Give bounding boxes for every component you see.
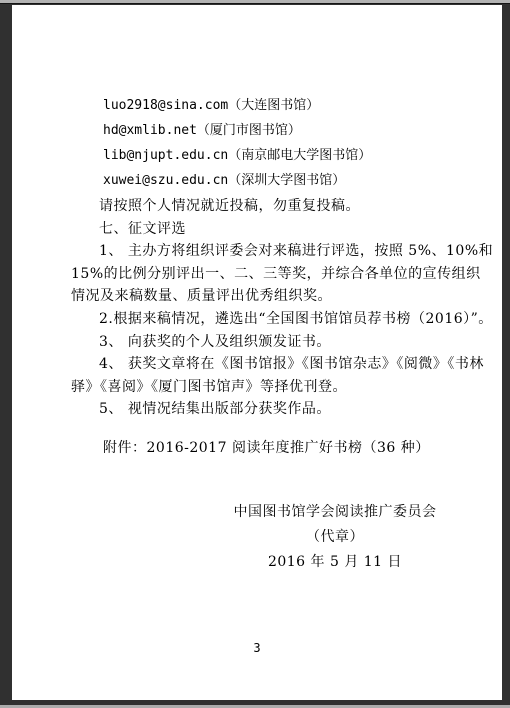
item1-line2: 15%的比例分别评出一、二、三等奖，并综合各单位的宣传组织 [71, 264, 453, 287]
section-heading: 七、征文评选 [71, 219, 453, 242]
contact-email-xiamen: hd@xmlib.net（厦门市图书馆） [71, 121, 453, 146]
contact-email-njupt: lib@njupt.edu.cn（南京邮电大学图书馆） [71, 146, 453, 171]
attachment-line: 附件：2016-2017 阅读年度推广好书榜（36 种） [71, 438, 453, 461]
signature-block: 中国图书馆学会阅读推广委员会 （代章） 2016 年 5 月 11 日 [180, 500, 490, 575]
submission-note: 请按照个人情况就近投稿，勿重复投稿。 [71, 196, 453, 219]
viewer-top-bar [0, 0, 510, 4]
item5-line: 5、 视情况结集出版部分获奖作品。 [71, 399, 453, 422]
item2-line: 2.根据来稿情况，遴选出“全国图书馆馆员荐书榜（2016）”。 [71, 309, 453, 332]
item4-line2: 驿》《喜阅》《厦门图书馆声》等择优刊登。 [71, 377, 453, 400]
contact-email-dalian: luo2918@sina.com（大连图书馆） [71, 96, 453, 121]
document-page: luo2918@sina.com（大连图书馆） hd@xmlib.net（厦门市… [12, 5, 502, 700]
signature-organization: 中国图书馆学会阅读推广委员会 [180, 500, 490, 525]
item1-line1: 1、 主办方将组织评委会对来稿进行评选，按照 5%、10%和 [71, 241, 453, 264]
page-number: 3 [12, 641, 502, 655]
signature-seal-note: （代章） [180, 525, 490, 550]
item3-line: 3、 向获奖的个人及组织颁发证书。 [71, 332, 453, 355]
item1-line3: 情况及来稿数量、质量评出优秀组织奖。 [71, 286, 453, 309]
contact-email-szu: xuwei@szu.edu.cn（深圳大学图书馆） [71, 171, 453, 196]
signature-date: 2016 年 5 月 11 日 [180, 550, 490, 575]
page-content: luo2918@sina.com（大连图书馆） hd@xmlib.net（厦门市… [71, 96, 453, 461]
item4-line1: 4、 获奖文章将在《图书馆报》《图书馆杂志》《阅微》《书林 [71, 354, 453, 377]
